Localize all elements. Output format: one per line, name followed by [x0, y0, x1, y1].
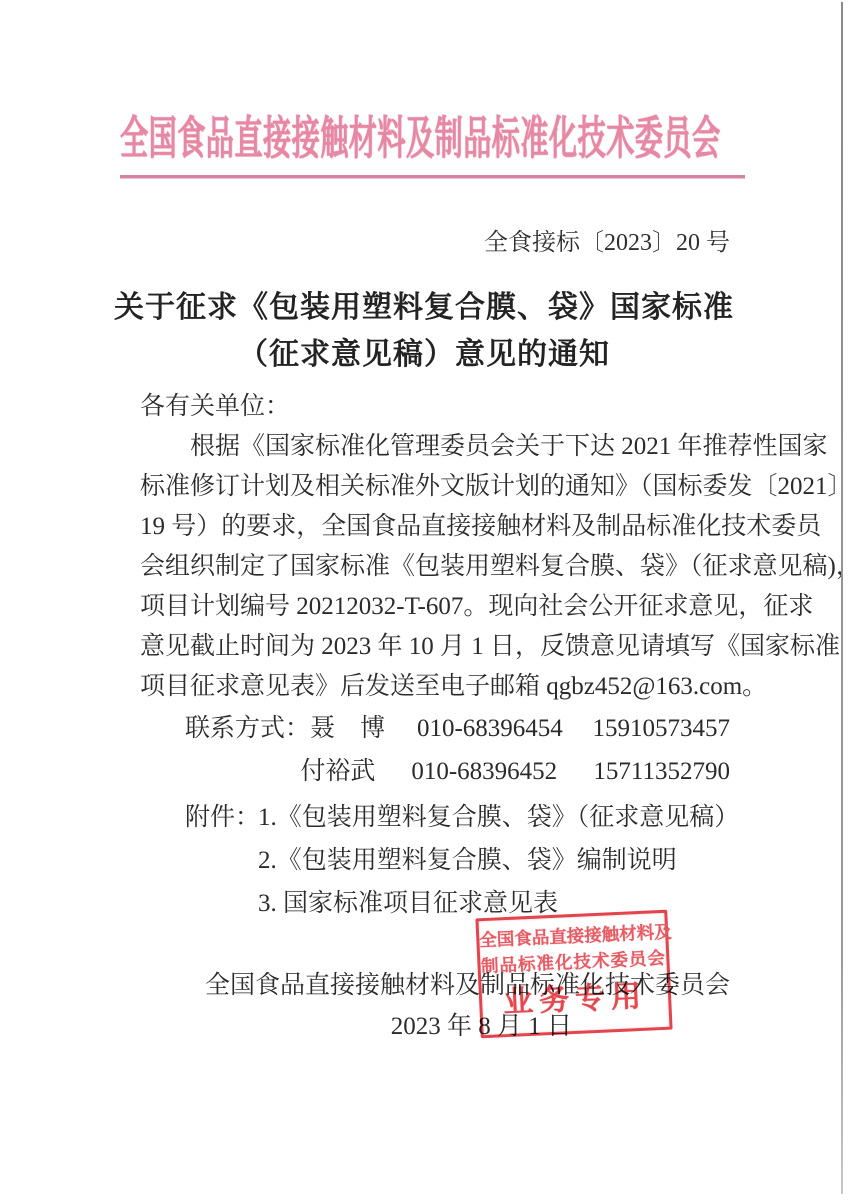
body-line: 根据《国家标准化管理委员会关于下达 2021 年推荐性国家	[140, 427, 730, 467]
attachment-item: 1.《包装用塑料复合膜、袋》（征求意见稿）	[258, 796, 739, 839]
attachment-row: 附件： 1.《包装用塑料复合膜、袋》（征求意见稿）	[140, 796, 730, 839]
scanned-document-page: 全国食品直接接触材料及制品标准化技术委员会 全食接标〔2023〕20 号 关于征…	[0, 0, 848, 1200]
contact-label: 联系方式：	[140, 707, 310, 750]
body-line: 项目征求意见表》后发送至电子邮箱 qgbz452@163.com。	[140, 667, 730, 707]
attachments: 附件： 1.《包装用塑料复合膜、袋》（征求意见稿） 附件： 2.《包装用塑料复合…	[140, 796, 730, 925]
contact-name: 付裕武	[300, 750, 411, 793]
document-body: 各有关单位： 根据《国家标准化管理委员会关于下达 2021 年推荐性国家 标准修…	[0, 387, 848, 1047]
contact-mobile: 15910573457	[593, 707, 731, 750]
contact-phone: 010-68396452	[411, 750, 593, 793]
document-title-line1: 关于征求《包装用塑料复合膜、袋》国家标准	[114, 291, 734, 324]
document-title: 关于征求《包装用塑料复合膜、袋》国家标准 （征求意见稿）意见的通知	[0, 284, 848, 378]
contact-mobile: 15711352790	[593, 750, 730, 793]
scan-edge-artifact	[841, 2, 843, 1194]
salutation: 各有关单位：	[140, 387, 730, 427]
stamp-text-line3: 业务专用	[482, 979, 669, 1021]
attachment-item: 2.《包装用塑料复合膜、袋》编制说明	[258, 839, 730, 882]
letterhead-rule	[120, 175, 745, 178]
body-line: 项目计划编号 20212032-T-607。现向社会公开征求意见，征求	[140, 587, 730, 627]
document-number: 全食接标〔2023〕20 号	[0, 228, 848, 258]
contact-row: 联系方式： 聂 博 010-68396454 15910573457	[140, 707, 730, 750]
official-seal-stamp: 全国食品直接接触材料及 制品标准化技术委员会 业务专用	[475, 910, 672, 1039]
letterhead: 全国食品直接接触材料及制品标准化技术委员会	[0, 0, 848, 178]
body-line: 会组织制定了国家标准《包装用塑料复合膜、袋》（征求意见稿)，	[140, 547, 730, 587]
attachment-row: 附件： 2.《包装用塑料复合膜、袋》编制说明	[140, 839, 730, 882]
attachments-label: 附件：	[140, 796, 258, 839]
document-title-line2: （征求意见稿）意见的通知	[238, 338, 610, 371]
contact-row: 付裕武 010-68396452 15711352790	[140, 750, 730, 793]
contact-name: 聂 博	[310, 707, 417, 750]
contact-phone: 010-68396454	[417, 707, 593, 750]
letterhead-org-name: 全国食品直接接触材料及制品标准化技术委员会	[120, 103, 721, 168]
contact-label-spacer	[140, 750, 300, 793]
body-line: 19 号）的要求，全国食品直接接触材料及制品标准化技术委员	[140, 507, 730, 547]
body-line: 标准修订计划及相关标准外文版计划的通知》（国标委发〔2021〕	[140, 467, 730, 507]
body-line: 意见截止时间为 2023 年 10 月 1 日，反馈意见请填写《国家标准	[140, 627, 730, 667]
